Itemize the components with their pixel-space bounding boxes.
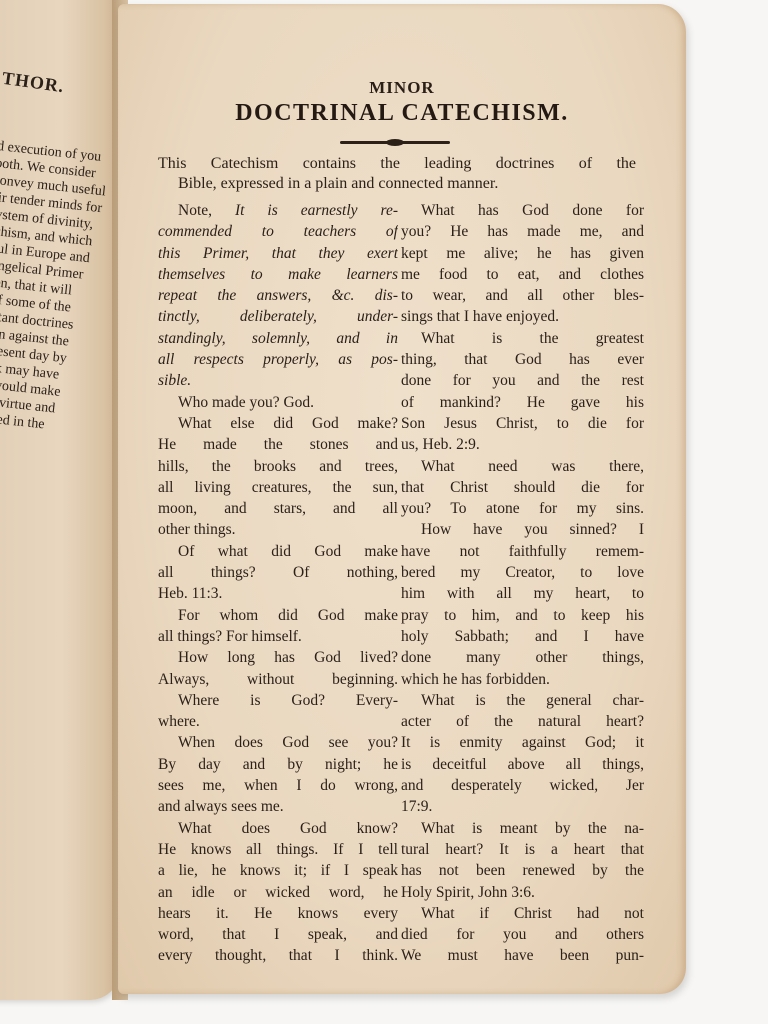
text-line: pray to him, and to keep his <box>401 605 644 626</box>
intro-paragraph: This Catechism contains the leading doct… <box>158 154 636 194</box>
text-line: tural heart? It is a heart that <box>401 839 644 860</box>
text-line: We must have been pun- <box>401 945 644 966</box>
text-line: and always sees me. <box>158 796 398 817</box>
text-line: Who made you? God. <box>158 392 398 413</box>
text-line: tinctly, deliberately, under- <box>158 306 398 327</box>
text-line: him with all my heart, to <box>401 583 644 604</box>
text-line: Son Jesus Christ, to die for <box>401 413 644 434</box>
text-line: all things? Of nothing, <box>158 562 398 583</box>
text-line: hills, the brooks and trees, <box>158 456 398 477</box>
text-line: How long has God lived? <box>158 647 398 668</box>
text-line: Of what did God make <box>158 541 398 562</box>
text-line: Note, It is earnestly re- <box>158 200 398 221</box>
text-line: When does God see you? <box>158 732 398 753</box>
text-line: all respects properly, as pos- <box>158 349 398 370</box>
text-line: themselves to make learners <box>158 264 398 285</box>
text-line: sible. <box>158 370 398 391</box>
catechism-page: MINOR DOCTRINAL CATECHISM. This Catechis… <box>118 4 686 994</box>
text-line: For whom did God make <box>158 605 398 626</box>
text-line: It is enmity against God; it <box>401 732 644 753</box>
text-line: other things. <box>158 519 398 540</box>
text-line: to wear, and all other bles- <box>401 285 644 306</box>
text-line: done for you and the rest <box>401 370 644 391</box>
text-line: hears it. He knows every <box>158 903 398 924</box>
text-line: What is meant by the na- <box>401 818 644 839</box>
text-line: kept me alive; he has given <box>401 243 644 264</box>
text-line: How have you sinned? I <box>401 519 644 540</box>
text-line: you? To atone for my sins. <box>401 498 644 519</box>
text-line: us, Heb. 2:9. <box>401 434 644 455</box>
text-line: What is the general char- <box>401 690 644 711</box>
text-line: What need was there, <box>401 456 644 477</box>
right-column: What has God done foryou? He has made me… <box>401 200 644 967</box>
facing-page-left: THOR. d execution of youboth. We conside… <box>0 0 120 1000</box>
text-line: acter of the natural heart? <box>401 711 644 732</box>
text-line: has not been renewed by the <box>401 860 644 881</box>
text-line: holy Sabbath; and I have <box>401 626 644 647</box>
text-line: this Primer, that they exert <box>158 243 398 264</box>
text-line: What has God done for <box>401 200 644 221</box>
text-line: thing, that God has ever <box>401 349 644 370</box>
text-line: a lie, he knows it; if I speak <box>158 860 398 881</box>
intro-line-1: This Catechism contains the leading doct… <box>158 154 636 174</box>
text-line: every thought, that I think. <box>158 945 398 966</box>
text-line: an idle or wicked word, he <box>158 882 398 903</box>
text-line: have not faithfully remem- <box>401 541 644 562</box>
text-line: died for you and others <box>401 924 644 945</box>
text-line: of mankind? He gave his <box>401 392 644 413</box>
intro-line-2: Bible, expressed in a plain and connecte… <box>158 174 636 194</box>
text-line: is deceitful above all things, <box>401 754 644 775</box>
text-line: repeat the answers, &c. dis- <box>158 285 398 306</box>
text-line: moon, and stars, and all <box>158 498 398 519</box>
text-line: Holy Spirit, John 3:6. <box>401 882 644 903</box>
text-line: sees me, when I do wrong, <box>158 775 398 796</box>
text-line: Always, without beginning. <box>158 669 398 690</box>
page-subtitle: MINOR <box>118 78 686 98</box>
text-line: that Christ should die for <box>401 477 644 498</box>
text-line: He knows all things. If I tell <box>158 839 398 860</box>
text-line: What does God know? <box>158 818 398 839</box>
left-column: Note, It is earnestly re-commended to te… <box>158 200 398 967</box>
facing-page-heading: THOR. <box>1 68 66 97</box>
text-line: done many other things, <box>401 647 644 668</box>
text-line: What if Christ had not <box>401 903 644 924</box>
text-line: where. <box>158 711 398 732</box>
text-line: you? He has made me, and <box>401 221 644 242</box>
text-line: He made the stones and <box>158 434 398 455</box>
text-line: me food to eat, and clothes <box>401 264 644 285</box>
text-line: and desperately wicked, Jer <box>401 775 644 796</box>
text-line: Where is God? Every- <box>158 690 398 711</box>
text-line: standingly, solemnly, and in <box>158 328 398 349</box>
text-line: which he has forbidden. <box>401 669 644 690</box>
text-line: Heb. 11:3. <box>158 583 398 604</box>
text-line: bered my Creator, to love <box>401 562 644 583</box>
ornamental-rule <box>340 141 450 144</box>
text-line: What else did God make? <box>158 413 398 434</box>
text-line: sings that I have enjoyed. <box>401 306 644 327</box>
text-line: 17:9. <box>401 796 644 817</box>
facing-page-text: d execution of youboth. We considerconve… <box>0 138 117 438</box>
text-line: word, that I speak, and <box>158 924 398 945</box>
text-line: all things? For himself. <box>158 626 398 647</box>
text-line: commended to teachers of <box>158 221 398 242</box>
text-line: By day and by night; he <box>158 754 398 775</box>
page-title: DOCTRINAL CATECHISM. <box>118 100 686 127</box>
text-line: all living creatures, the sun, <box>158 477 398 498</box>
text-line: What is the greatest <box>401 328 644 349</box>
